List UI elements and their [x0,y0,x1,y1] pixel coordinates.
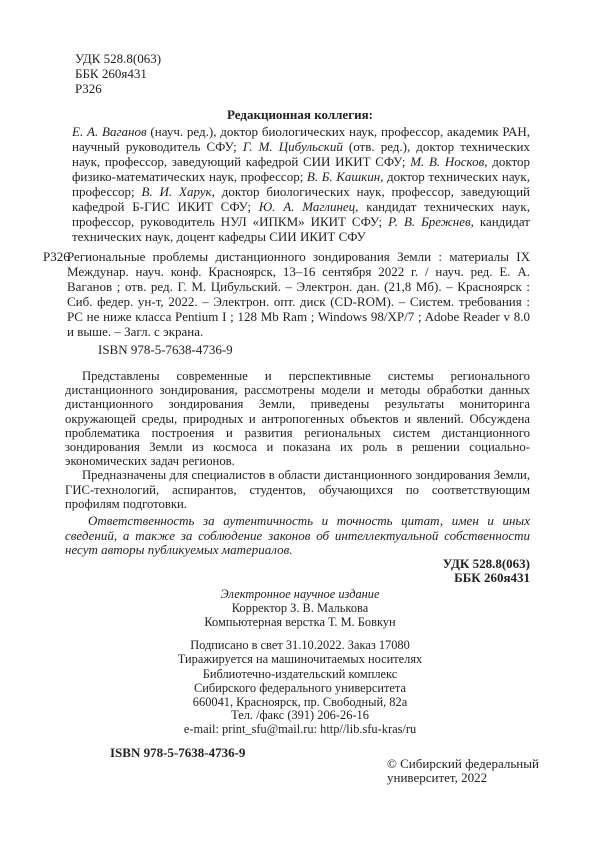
author-sign-code: Р326 [75,81,161,96]
signed-to-publish-line: Подписано в свет 31.10.2022. Заказ 17080 [0,639,600,653]
publisher-line: Сибирского федерального университета [0,682,600,696]
copyright-line-2: университет, 2022 [387,771,547,785]
isbn-bottom: ISBN 978-5-7638-4736-9 [110,745,245,760]
classification-top-block: УДК 528.8(063) ББК 260я431 Р326 [75,51,161,96]
publisher-line: 660041, Красноярск, пр. Свободный, 82а [0,696,600,710]
editorial-board-paragraph: Е. А. Ваганов (науч. ред.), доктор биоло… [72,124,530,244]
editor-name: Ю. А. Маглинец [259,199,355,214]
editor-name: Е. А. Ваганов [72,124,147,139]
disclaimer-paragraph: Ответственность за аутентичность и точно… [65,514,530,558]
editor-name: Р. В. Брежнев [388,214,471,229]
bibliographic-record-label: Р326 [43,249,70,264]
corrector-line: Корректор З. В. Малькова [0,602,600,616]
imprint-print-block: Подписано в свет 31.10.2022. Заказ 17080… [0,639,600,667]
abstract-paragraph-2: Предназначены для специалистов в области… [65,468,530,511]
abstract-paragraph-1: Представлены современные и перспективные… [65,369,530,468]
layout-line: Компьютерная верстка Т. М. Бовкун [0,616,600,630]
bbk-code: ББК 260я431 [75,66,161,81]
bibliographic-record: Р326 Региональные проблемы дистанционног… [43,249,530,339]
publisher-line: e-mail: print_sfu@mail.ru: http//lib.sfu… [0,723,600,737]
edition-type-line: Электронное научное издание [0,588,600,602]
editor-name: М. В. Носков [410,154,484,169]
editor-name: В. Б. Кашкин [307,169,380,184]
editorial-board-heading: Редакционная коллегия: [0,107,600,122]
copyright-line-1: © Сибирский федеральный [387,757,547,771]
editor-name: В. И. Харук [141,184,211,199]
isbn-top: ISBN 978-5-7638-4736-9 [98,342,233,357]
udk-code: УДК 528.8(063) [75,51,161,66]
publisher-address-block: Библиотечно-издательский комплексСибирск… [0,668,600,737]
abstract-block: Представлены современные и перспективные… [65,369,530,511]
udk-code-bottom: УДК 528.8(063) [443,557,530,571]
bbk-code-bottom: ББК 260я431 [443,571,530,585]
imprint-staff-block: Электронное научное издание Корректор З.… [0,588,600,629]
classification-bottom-block: УДК 528.8(063) ББК 260я431 [443,557,530,585]
distribution-line: Тиражируется на машиночитаемых носителях [0,653,600,667]
bibliographic-record-text: Региональные проблемы дистанционного зон… [67,249,530,339]
editor-name: Г. М. Цибульский [243,139,343,154]
title-verso-page: УДК 528.8(063) ББК 260я431 Р326 Редакцио… [0,0,600,849]
publisher-line: Тел. /факс (391) 206-26-16 [0,709,600,723]
copyright-notice: © Сибирский федеральный университет, 202… [387,757,547,785]
publisher-line: Библиотечно-издательский комплекс [0,668,600,682]
